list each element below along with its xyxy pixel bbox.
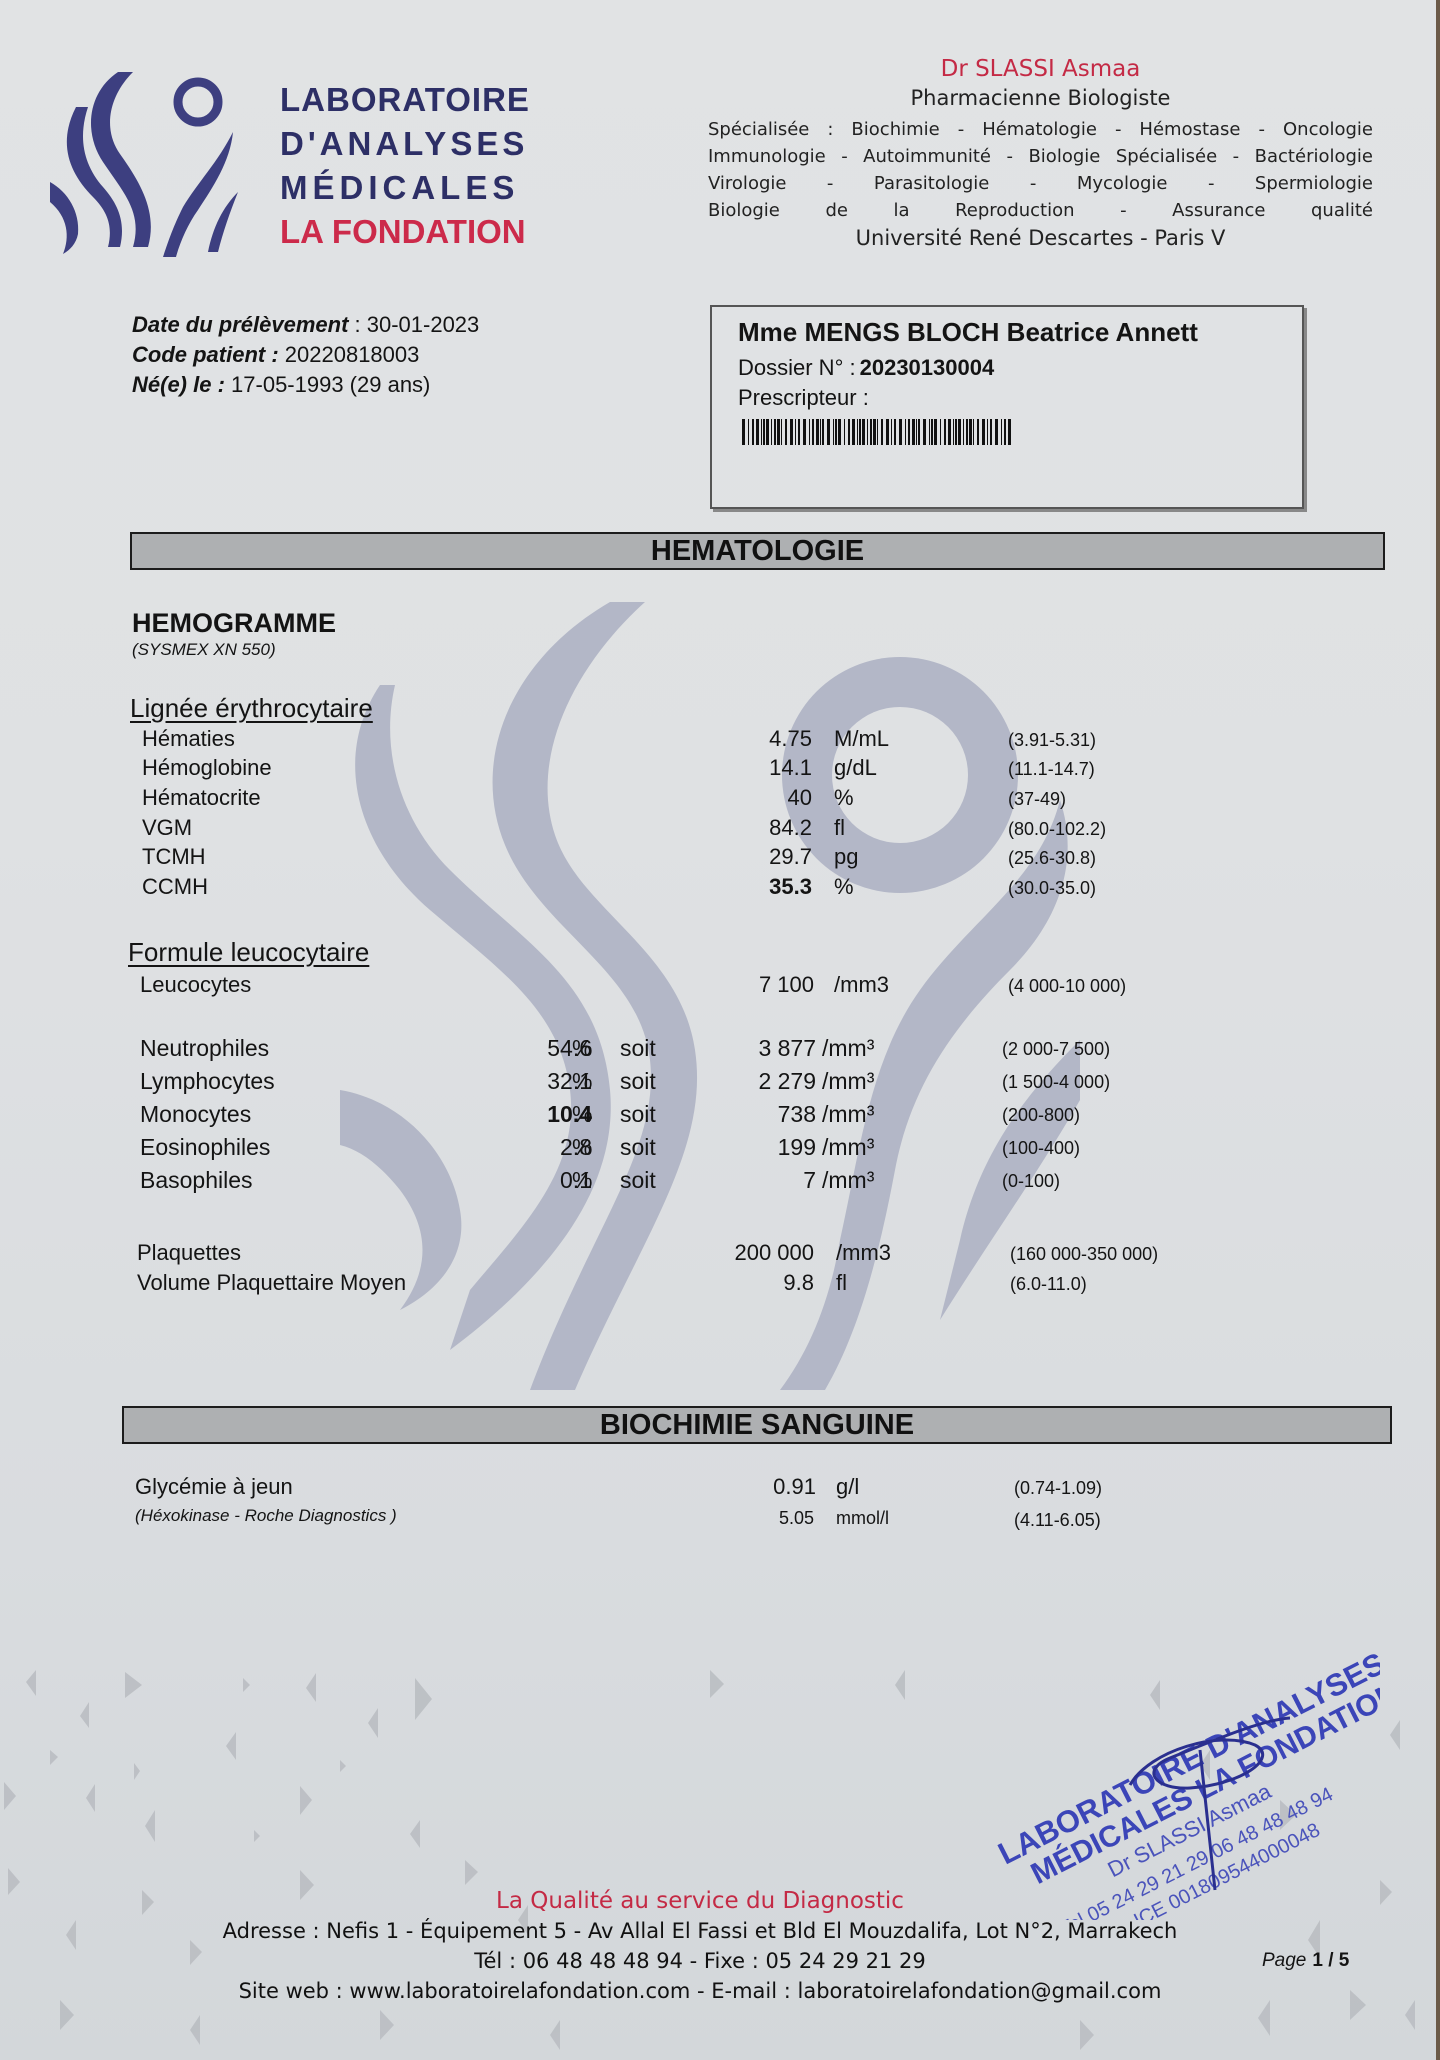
result-row-leucocytes: Leucocytes 7 100 /mm3 (4 000-10 000) bbox=[0, 972, 1440, 1002]
page-label: Page bbox=[1262, 1950, 1306, 1971]
result-row-glycemie: Glycémie à jeun 0.91 g/l (0.74-1.09) bbox=[0, 1474, 1440, 1504]
result-unit: /mm³ bbox=[822, 1167, 874, 1194]
result-value: 3 877 bbox=[758, 1035, 816, 1062]
result-unit: M/mL bbox=[834, 726, 889, 752]
result-ref: (30.0-35.0) bbox=[1008, 878, 1096, 899]
result-value: 84.2 bbox=[769, 815, 812, 841]
page-number: Page1 / 5 bbox=[1262, 1950, 1349, 1972]
result-value: 5.05 bbox=[779, 1508, 814, 1529]
result-name: Hémoglobine bbox=[142, 755, 272, 781]
result-value: 199 bbox=[778, 1134, 816, 1161]
barcode-icon bbox=[742, 419, 1012, 445]
result-value: 14.1 bbox=[769, 755, 812, 781]
result-name: Neutrophiles bbox=[140, 1035, 269, 1062]
footer-web-email: Site web : www.laboratoirelafondation.co… bbox=[180, 1976, 1220, 2006]
footer: La Qualité au service du Diagnostic Adre… bbox=[180, 1888, 1220, 2006]
hemogramme-title: HEMOGRAMME bbox=[132, 608, 336, 639]
patient-name: Mme MENGS BLOCH Beatrice Annett bbox=[738, 317, 1198, 348]
result-unit: /mm³ bbox=[822, 1101, 874, 1128]
result-value: 0.91 bbox=[773, 1474, 816, 1500]
result-unit: fl bbox=[836, 1270, 847, 1296]
result-unit: /mm³ bbox=[822, 1035, 874, 1062]
result-row: Monocytes10.4%soit738/mm³(200-800) bbox=[0, 1101, 1440, 1131]
soit-label: soit bbox=[620, 1035, 656, 1062]
patient-code: Code patient : 20220818003 bbox=[132, 340, 479, 370]
result-unit: /mm³ bbox=[822, 1134, 874, 1161]
result-ref: (0-100) bbox=[1002, 1171, 1060, 1192]
result-unit: pg bbox=[834, 844, 858, 870]
lab-name: LABORATOIRE D'ANALYSES MÉDICALES LA FOND… bbox=[280, 78, 530, 254]
lab-stamp: LABORATOIRE D'ANALYSES MÉDICALES LA FOND… bbox=[960, 1620, 1380, 1920]
result-ref: (1 500-4 000) bbox=[1002, 1072, 1110, 1093]
university: Université René Descartes - Paris V bbox=[708, 226, 1373, 250]
collection-date-value: : 30-01-2023 bbox=[348, 312, 479, 337]
leuco-heading: Formule leucocytaire bbox=[128, 937, 369, 968]
footer-phones: Tél : 06 48 48 48 94 - Fixe : 05 24 29 2… bbox=[180, 1946, 1220, 1976]
patient-box: Mme MENGS BLOCH Beatrice Annett Dossier … bbox=[710, 305, 1304, 509]
doctor-name: Dr SLASSI Asmaa bbox=[708, 56, 1373, 82]
soit-label: soit bbox=[620, 1134, 656, 1161]
result-value: 738 bbox=[778, 1101, 816, 1128]
dossier: Dossier N° :20230130004 bbox=[738, 355, 994, 381]
result-value: 35.3 bbox=[769, 874, 812, 900]
result-unit: g/l bbox=[836, 1474, 859, 1500]
result-value: 2 279 bbox=[758, 1068, 816, 1095]
result-value: 40 bbox=[788, 785, 812, 811]
result-name: CCMH bbox=[142, 874, 208, 900]
result-row: Volume Plaquettaire Moyen9.8fl(6.0-11.0) bbox=[0, 1270, 1440, 1300]
result-row: Hématocrite40%(37-49) bbox=[0, 785, 1440, 815]
result-row: Hématies4.75M/mL(3.91-5.31) bbox=[0, 726, 1440, 756]
result-name: Lymphocytes bbox=[140, 1068, 275, 1095]
result-ref: (200-800) bbox=[1002, 1105, 1080, 1126]
result-unit: /mm³ bbox=[822, 1068, 874, 1095]
result-ref: (160 000-350 000) bbox=[1010, 1244, 1158, 1265]
result-row: Plaquettes200 000/mm3(160 000-350 000) bbox=[0, 1240, 1440, 1270]
result-name: VGM bbox=[142, 815, 192, 841]
result-ref: (3.91-5.31) bbox=[1008, 730, 1096, 751]
result-name: Basophiles bbox=[140, 1167, 253, 1194]
soit-label: soit bbox=[620, 1167, 656, 1194]
birth-date-value: 17-05-1993 (29 ans) bbox=[225, 372, 430, 397]
result-row: CCMH35.3%(30.0-35.0) bbox=[0, 874, 1440, 904]
result-ref: (4.11-6.05) bbox=[1014, 1510, 1101, 1531]
section-title: BIOCHIMIE SANGUINE bbox=[600, 1409, 914, 1442]
section-bar-biochimie: BIOCHIMIE SANGUINE bbox=[122, 1406, 1392, 1444]
result-value: 200 000 bbox=[734, 1240, 814, 1266]
footer-address: Adresse : Nefis 1 - Équipement 5 - Av Al… bbox=[180, 1916, 1220, 1946]
dossier-number: 20230130004 bbox=[860, 355, 995, 380]
specialty-line: Biologie de la Reproduction - Assurance … bbox=[708, 197, 1373, 224]
soit-label: soit bbox=[620, 1068, 656, 1095]
result-row-glycemie-mmol: 5.05 mmol/l (4.11-6.05) bbox=[0, 1508, 1440, 1538]
result-unit: % bbox=[834, 874, 854, 900]
result-ref: (6.0-11.0) bbox=[1010, 1274, 1087, 1295]
result-name: Hématocrite bbox=[142, 785, 261, 811]
footer-slogan: La Qualité au service du Diagnostic bbox=[180, 1888, 1220, 1914]
result-ref: (2 000-7 500) bbox=[1002, 1039, 1110, 1060]
lab-name-line: MÉDICALES bbox=[280, 166, 530, 210]
lab-name-line: LA FONDATION bbox=[280, 210, 530, 254]
section-title: HEMATOLOGIE bbox=[651, 535, 864, 568]
result-unit: /mm3 bbox=[834, 972, 889, 998]
prescriber-label: Prescripteur : bbox=[738, 385, 869, 411]
result-name: TCMH bbox=[142, 844, 206, 870]
percent-sign: % bbox=[572, 1167, 592, 1194]
result-ref: (100-400) bbox=[1002, 1138, 1080, 1159]
collection-date-label: Date du prélèvement bbox=[132, 312, 348, 337]
result-unit: fl bbox=[834, 815, 845, 841]
soit-label: soit bbox=[620, 1101, 656, 1128]
result-name: Hématies bbox=[142, 726, 235, 752]
result-row: VGM84.2fl(80.0-102.2) bbox=[0, 815, 1440, 845]
percent-sign: % bbox=[572, 1035, 592, 1062]
result-name: Eosinophiles bbox=[140, 1134, 270, 1161]
result-name: Glycémie à jeun bbox=[135, 1474, 293, 1500]
result-ref: (0.74-1.09) bbox=[1014, 1478, 1102, 1499]
birth-date-label: Né(e) le : bbox=[132, 372, 225, 397]
result-row: Eosinophiles2.8%soit199/mm³(100-400) bbox=[0, 1134, 1440, 1164]
lab-name-line: D'ANALYSES bbox=[280, 122, 530, 166]
result-value: 7 bbox=[803, 1167, 816, 1194]
result-row: Basophiles0.1%soit7/mm³(0-100) bbox=[0, 1167, 1440, 1197]
erythro-heading: Lignée érythrocytaire bbox=[130, 693, 373, 724]
result-name: Plaquettes bbox=[137, 1240, 241, 1266]
percent-sign: % bbox=[572, 1068, 592, 1095]
page-value: 1 / 5 bbox=[1312, 1950, 1349, 1971]
result-ref: (4 000-10 000) bbox=[1008, 976, 1126, 997]
result-name: Leucocytes bbox=[140, 972, 251, 998]
percent-sign: % bbox=[572, 1134, 592, 1161]
specialty-line: Immunologie - Autoimmunité - Biologie Sp… bbox=[708, 143, 1373, 170]
result-unit: % bbox=[834, 785, 854, 811]
result-unit: /mm3 bbox=[836, 1240, 891, 1266]
patient-info: Date du prélèvement : 30-01-2023 Code pa… bbox=[132, 310, 479, 400]
lab-name-line: LABORATOIRE bbox=[280, 78, 530, 122]
result-row: Lymphocytes32.1%soit2 279/mm³(1 500-4 00… bbox=[0, 1068, 1440, 1098]
result-row: TCMH29.7pg(25.6-30.8) bbox=[0, 844, 1440, 874]
collection-date: Date du prélèvement : 30-01-2023 bbox=[132, 310, 479, 340]
result-ref: (37-49) bbox=[1008, 789, 1066, 810]
dossier-label: Dossier N° : bbox=[738, 355, 856, 380]
result-name: Monocytes bbox=[140, 1101, 251, 1128]
result-ref: (25.6-30.8) bbox=[1008, 848, 1096, 869]
result-name: Volume Plaquettaire Moyen bbox=[137, 1270, 406, 1296]
section-bar-hematologie: HEMATOLOGIE bbox=[130, 532, 1385, 570]
instrument-label: (SYSMEX XN 550) bbox=[132, 640, 276, 660]
patient-code-value: 20220818003 bbox=[279, 342, 420, 367]
report-page: LABORATOIRE D'ANALYSES MÉDICALES LA FOND… bbox=[0, 0, 1440, 2060]
patient-code-label: Code patient : bbox=[132, 342, 279, 367]
result-value: 7 100 bbox=[759, 972, 814, 998]
result-row: Neutrophiles54.6%soit3 877/mm³(2 000-7 5… bbox=[0, 1035, 1440, 1065]
result-value: 9.8 bbox=[783, 1270, 814, 1296]
result-unit: mmol/l bbox=[836, 1508, 889, 1529]
result-row: Hémoglobine14.1g/dL(11.1-14.7) bbox=[0, 755, 1440, 785]
result-ref: (80.0-102.2) bbox=[1008, 819, 1106, 840]
doctor-info: Dr SLASSI Asmaa Pharmacienne Biologiste … bbox=[708, 56, 1373, 250]
result-value: 29.7 bbox=[769, 844, 812, 870]
result-value: 4.75 bbox=[769, 726, 812, 752]
specialty-line: Spécialisée : Biochimie - Hématologie - … bbox=[708, 116, 1373, 143]
specialty-line: Virologie - Parasitologie - Mycologie - … bbox=[708, 170, 1373, 197]
percent-sign: % bbox=[572, 1101, 592, 1128]
doctor-title: Pharmacienne Biologiste bbox=[708, 86, 1373, 110]
lab-logo-icon bbox=[48, 62, 248, 262]
result-unit: g/dL bbox=[834, 755, 877, 781]
birth-date: Né(e) le : 17-05-1993 (29 ans) bbox=[132, 370, 479, 400]
result-ref: (11.1-14.7) bbox=[1008, 759, 1095, 780]
